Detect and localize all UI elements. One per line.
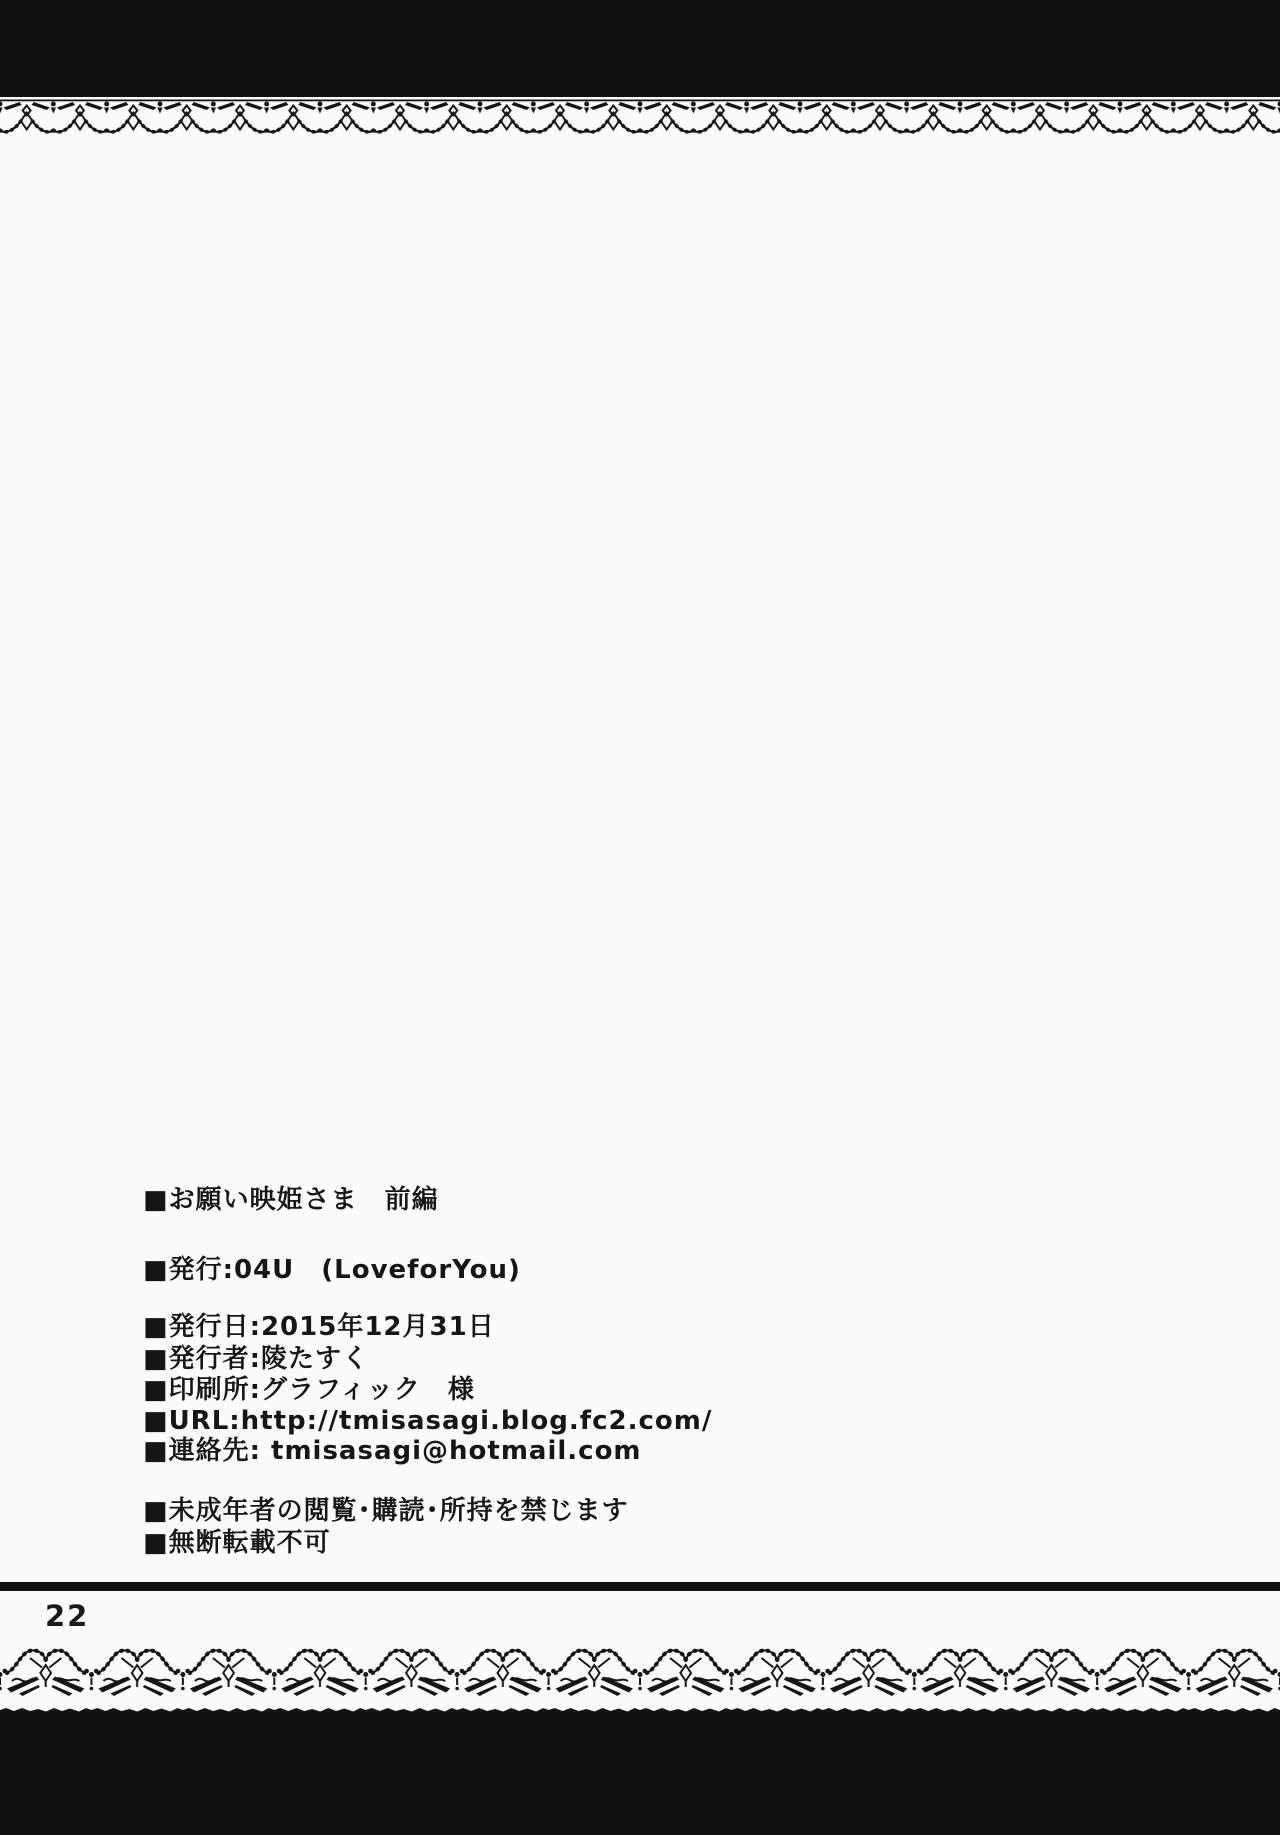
bottom-black-bar — [0, 1712, 1280, 1835]
contact-email-line: ■連絡先: tmisasagi@hotmail.com — [143, 1437, 642, 1467]
page-number: 22 — [45, 1599, 89, 1633]
author-line: ■発行者:陵たすく — [143, 1345, 369, 1375]
publication-date-line: ■発行日:2015年12月31日 — [143, 1313, 495, 1343]
no-reproduction-notice: ■無断転載不可 — [143, 1529, 331, 1559]
bottom-lace-border — [0, 1645, 1280, 1717]
doujin-title: ■お願い映姫さま 前編 — [143, 1186, 439, 1216]
top-black-bar — [0, 0, 1280, 97]
website-url-line: ■URL:http://tmisasagi.blog.fc2.com/ — [143, 1407, 712, 1437]
footer-divider-line — [0, 1582, 1280, 1591]
printer-line: ■印刷所:グラフィック 様 — [143, 1376, 475, 1406]
circle-publisher-line: ■発行:04U (LoveforYou) — [143, 1256, 521, 1286]
age-restriction-notice: ■未成年者の閲覧･購読･所持を禁じます — [143, 1497, 629, 1527]
top-lace-border — [0, 97, 1280, 141]
doujin-colophon-page: ■お願い映姫さま 前編 ■発行:04U (LoveforYou) ■発行日:20… — [0, 0, 1280, 1835]
